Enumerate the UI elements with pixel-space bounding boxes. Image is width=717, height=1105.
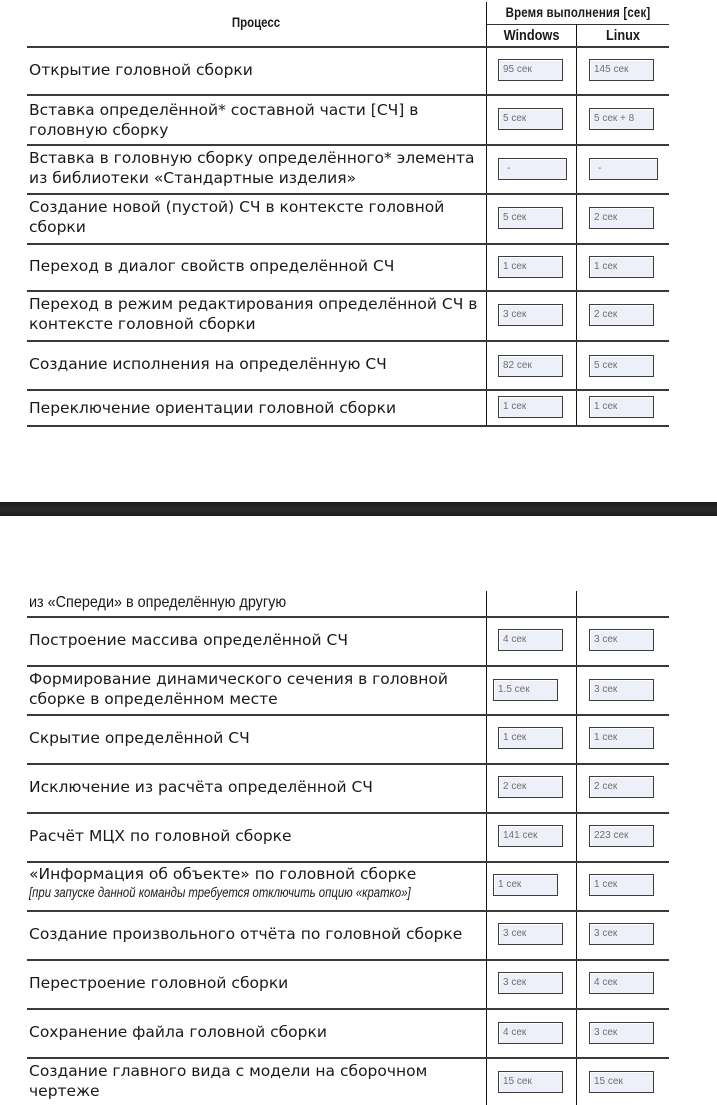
- linux-time-field: 3 сек: [589, 1022, 654, 1044]
- process-label: Открытие головной сборки: [29, 61, 253, 79]
- windows-time-field: 141 сек: [498, 825, 563, 847]
- process-label: Переход в режим редактирования определён…: [29, 295, 477, 333]
- linux-time-field: 15 сек: [589, 1071, 654, 1093]
- linux-time-field: -: [589, 158, 658, 180]
- process-label: Создание произвольного отчёта по головно…: [29, 925, 462, 943]
- table-row: Создание главного вида с модели на сборо…: [27, 1059, 669, 1105]
- windows-time-field: 1.5 сек: [493, 679, 558, 701]
- row-divider: [27, 1057, 669, 1059]
- process-name: Создание главного вида с модели на сборо…: [29, 1061, 484, 1101]
- row-divider: [27, 290, 669, 292]
- table-row: Переключение ориентации головной сборки1…: [27, 391, 669, 427]
- process-label: Создание главного вида с модели на сборо…: [29, 1062, 427, 1100]
- process-label: Переключение ориентации головной сборки: [29, 399, 396, 417]
- table-row: Вставка в головную сборку определённого*…: [27, 146, 669, 194]
- table-bottom-border: [27, 425, 669, 427]
- linux-time-field: 1 сек: [589, 256, 654, 278]
- process-label: Создание новой (пустой) СЧ в контексте г…: [29, 198, 444, 236]
- linux-time-field: 1 сек: [589, 874, 654, 896]
- table-row: Построение массива определённой СЧ4 сек3…: [27, 618, 669, 665]
- row-divider: [27, 340, 669, 342]
- process-name: Создание произвольного отчёта по головно…: [29, 924, 484, 944]
- linux-time-field: 145 сек: [589, 59, 654, 81]
- table-row: Создание исполнения на определённую СЧ82…: [27, 342, 669, 388]
- process-label: Скрытие определённой СЧ: [29, 729, 250, 747]
- process-name: Построение массива определённой СЧ: [29, 630, 484, 650]
- windows-time-field: 15 сек: [498, 1071, 563, 1093]
- row-divider: [27, 193, 669, 195]
- row-divider: [27, 46, 669, 48]
- table-row: Вставка определённой* составной части [С…: [27, 96, 669, 144]
- linux-time-field: 2 сек: [589, 207, 654, 229]
- table-row: Переход в режим редактирования определён…: [27, 292, 669, 340]
- table-row: Сохранение файла головной сборки4 сек3 с…: [27, 1010, 669, 1057]
- table-row: Создание новой (пустой) СЧ в контексте г…: [27, 195, 669, 243]
- linux-time-field: 3 сек: [589, 629, 654, 651]
- process-label: Создание исполнения на определённую СЧ: [29, 355, 387, 373]
- process-name: Скрытие определённой СЧ: [29, 728, 484, 748]
- linux-time-field: 5 сек: [589, 355, 654, 377]
- table-row-continuation: из «Спереди» в определённую другую: [27, 591, 669, 615]
- process-label: «Информация об объекте» по головной сбор…: [29, 865, 416, 883]
- column-header-process: Процесс: [68, 14, 444, 30]
- linux-time-field: 2 сек: [589, 304, 654, 326]
- process-label: Вставка определённой* составной части [С…: [29, 101, 418, 139]
- row-divider: [27, 812, 669, 814]
- linux-time-field: 2 сек: [589, 776, 654, 798]
- table-row: Создание произвольного отчёта по головно…: [27, 912, 669, 959]
- process-label: Расчёт МЦХ по головной сборке: [29, 827, 292, 845]
- process-name: Вставка определённой* составной части [С…: [29, 100, 484, 140]
- row-divider: [27, 616, 669, 618]
- table-row: Скрытие определённой СЧ1 сек1 сек: [27, 716, 669, 763]
- windows-time-field: 1 сек: [498, 396, 563, 418]
- process-label: Переход в диалог свойств определённой СЧ: [29, 257, 394, 275]
- page-separator: [0, 502, 717, 516]
- row-divider: [27, 94, 669, 96]
- row-divider: [27, 144, 669, 146]
- process-name: Переход в диалог свойств определённой СЧ: [29, 256, 484, 276]
- linux-time-field: 3 сек: [589, 923, 654, 945]
- windows-time-field: 5 сек: [498, 108, 563, 130]
- process-name: Вставка в головную сборку определённого*…: [29, 148, 484, 188]
- windows-time-field: 4 сек: [498, 1022, 563, 1044]
- process-label: Вставка в головную сборку определённого*…: [29, 149, 475, 187]
- process-label: Перестроение головной сборки: [29, 974, 288, 992]
- process-label: Сохранение файла головной сборки: [29, 1023, 327, 1041]
- process-name: «Информация об объекте» по головной сбор…: [29, 864, 484, 902]
- document-page-1: Процесс Время выполнения [сек] Windows L…: [0, 0, 717, 502]
- document-page-2: из «Спереди» в определённую другую Постр…: [0, 516, 717, 1105]
- table-row: Формирование динамического сечения в гол…: [27, 667, 669, 714]
- process-name: Открытие головной сборки: [29, 60, 484, 80]
- linux-time-field: 1 сек: [589, 396, 654, 418]
- windows-time-field: 95 сек: [498, 59, 563, 81]
- linux-time-field: 5 сек + 8: [589, 108, 654, 130]
- process-label: Исключение из расчёта определённой СЧ: [29, 778, 373, 796]
- process-name: Переключение ориентации головной сборки: [29, 398, 484, 418]
- row-divider: [27, 959, 669, 961]
- linux-time-field: 4 сек: [589, 972, 654, 994]
- table-row: Исключение из расчёта определённой СЧ2 с…: [27, 765, 669, 812]
- windows-time-field: 1 сек: [498, 727, 563, 749]
- table-row: Открытие головной сборки95 сек145 сек: [27, 48, 669, 94]
- process-label: Построение массива определённой СЧ: [29, 631, 348, 649]
- table-row: Расчёт МЦХ по головной сборке141 сек223 …: [27, 814, 669, 861]
- linux-time-field: 3 сек: [589, 679, 654, 701]
- column-header-linux: Linux: [585, 27, 662, 44]
- windows-time-field: 4 сек: [498, 629, 563, 651]
- column-header-execution-time: Время выполнения [сек]: [503, 4, 652, 20]
- windows-time-field: 82 сек: [498, 355, 563, 377]
- process-name: Расчёт МЦХ по головной сборке: [29, 826, 484, 846]
- table-row: Перестроение головной сборки3 сек4 сек: [27, 961, 669, 1008]
- windows-time-field: -: [498, 158, 567, 180]
- windows-time-field: 3 сек: [498, 972, 563, 994]
- row-divider: [27, 763, 669, 765]
- process-label: Формирование динамического сечения в гол…: [29, 670, 448, 708]
- column-header-windows: Windows: [494, 27, 570, 44]
- process-name: Формирование динамического сечения в гол…: [29, 669, 484, 709]
- row-divider: [27, 1008, 669, 1010]
- linux-time-field: 223 сек: [589, 825, 654, 847]
- process-name: Переход в режим редактирования определён…: [29, 294, 484, 334]
- row-divider: [27, 910, 669, 912]
- row-divider: [27, 861, 669, 863]
- process-continuation-text: из «Спереди» в определённую другую: [29, 593, 439, 613]
- process-name: Перестроение головной сборки: [29, 973, 484, 993]
- header-subdivider: [487, 24, 669, 25]
- process-name: Создание исполнения на определённую СЧ: [29, 354, 484, 374]
- row-divider: [27, 243, 669, 245]
- table-row: «Информация об объекте» по головной сбор…: [27, 863, 669, 910]
- process-name: Исключение из расчёта определённой СЧ: [29, 777, 484, 797]
- row-divider: [27, 714, 669, 716]
- windows-time-field: 3 сек: [498, 923, 563, 945]
- row-divider: [27, 665, 669, 667]
- windows-time-field: 1 сек: [498, 256, 563, 278]
- linux-time-field: 1 сек: [589, 727, 654, 749]
- windows-time-field: 5 сек: [498, 207, 563, 229]
- process-name: Создание новой (пустой) СЧ в контексте г…: [29, 197, 484, 237]
- process-name: Сохранение файла головной сборки: [29, 1022, 484, 1042]
- windows-time-field: 3 сек: [498, 304, 563, 326]
- row-divider: [27, 389, 669, 391]
- table-row: Переход в диалог свойств определённой СЧ…: [27, 245, 669, 291]
- windows-time-field: 1 сек: [493, 874, 558, 896]
- windows-time-field: 2 сек: [498, 776, 563, 798]
- process-note: [при запуске данной команды требуется от…: [29, 884, 411, 902]
